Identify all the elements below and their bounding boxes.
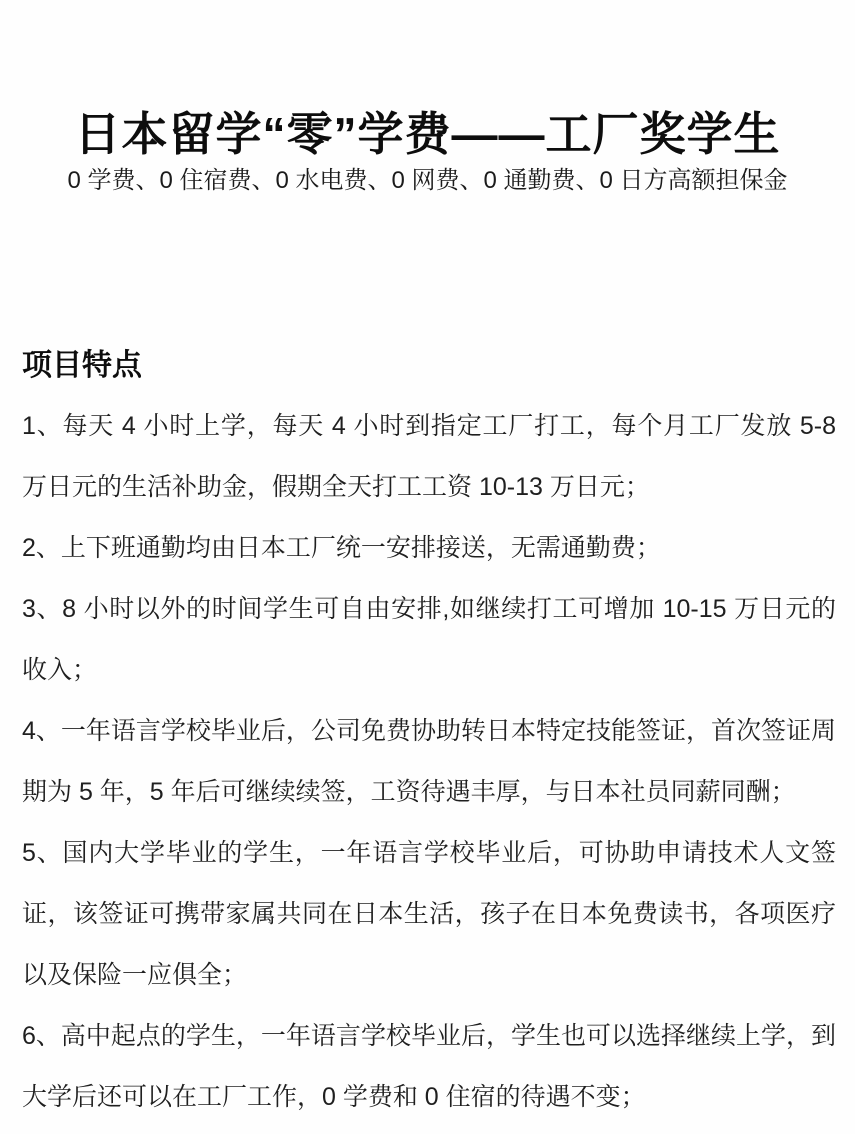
feature-item-3: 3、8 小时以外的时间学生可自由安排,如继续打工可增加 10-15 万日元的收入… — [22, 579, 836, 701]
feature-list: 1、每天 4 小时上学，每天 4 小时到指定工厂打工，每个月工厂发放 5-8 万… — [22, 396, 836, 1128]
feature-item-5: 5、国内大学毕业的学生，一年语言学校毕业后，可协助申请技术人文签证，该签证可携带… — [22, 823, 836, 1006]
feature-item-1: 1、每天 4 小时上学，每天 4 小时到指定工厂打工，每个月工厂发放 5-8 万… — [22, 396, 836, 518]
feature-item-6: 6、高中起点的学生，一年语言学校毕业后，学生也可以选择继续上学，到大学后还可以在… — [22, 1006, 836, 1128]
section-heading-project-features: 项目特点 — [22, 348, 836, 384]
feature-item-4: 4、一年语言学校毕业后，公司免费协助转日本特定技能签证，首次签证周期为 5 年，… — [22, 701, 836, 823]
document-body: 项目特点 1、每天 4 小时上学，每天 4 小时到指定工厂打工，每个月工厂发放 … — [22, 348, 836, 1128]
feature-item-2: 2、上下班通勤均由日本工厂统一安排接送，无需通勤费； — [22, 518, 836, 579]
document-title: 日本留学“零”学费——工厂奖学生 — [0, 107, 855, 162]
document-subtitle: 0 学费、0 住宿费、0 水电费、0 网费、0 通勤费、0 日方高额担保金 — [0, 166, 855, 196]
document-page: 日本留学“零”学费——工厂奖学生 0 学费、0 住宿费、0 水电费、0 网费、0… — [0, 0, 855, 1134]
